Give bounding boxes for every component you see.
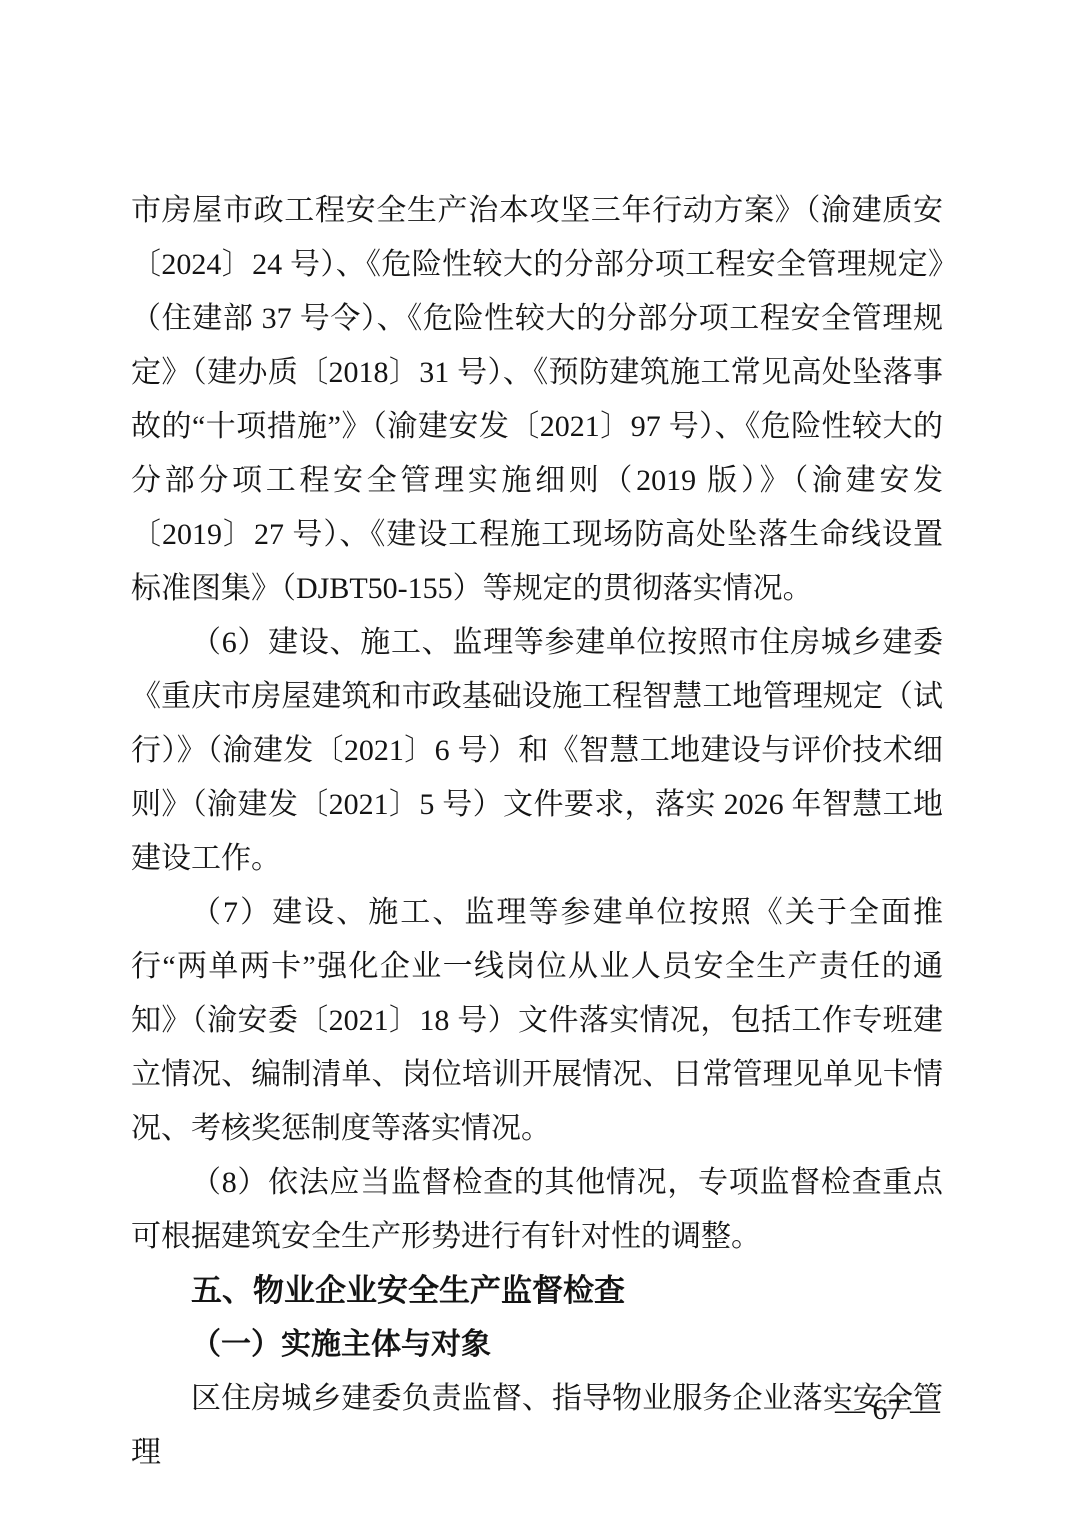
body-paragraph: 市房屋市政工程安全生产治本攻坚三年行动方案》（渝建质安〔2024〕24 号）、《… (131, 184, 943, 616)
body-paragraph: 区住房城乡建委负责监督、指导物业服务企业落实安全管理 (131, 1372, 943, 1480)
page-footer: — 67 — (835, 1392, 940, 1428)
page-number: — 67 — (835, 1393, 940, 1426)
body-paragraph: （8）依法应当监督检查的其他情况，专项监督检查重点可根据建筑安全生产形势进行有针… (131, 1156, 943, 1264)
section-heading: 五、物业企业安全生产监督检查 (131, 1264, 943, 1318)
subsection-heading: （一）实施主体与对象 (131, 1318, 943, 1372)
body-paragraph: （6）建设、施工、监理等参建单位按照市住房城乡建委《重庆市房屋建筑和市政基础设施… (131, 616, 943, 886)
body-paragraph: （7）建设、施工、监理等参建单位按照《关于全面推行“两单两卡”强化企业一线岗位从… (131, 886, 943, 1156)
document-content: 市房屋市政工程安全生产治本攻坚三年行动方案》（渝建质安〔2024〕24 号）、《… (131, 184, 943, 1480)
document-page: 市房屋市政工程安全生产治本攻坚三年行动方案》（渝建质安〔2024〕24 号）、《… (0, 0, 1074, 1520)
